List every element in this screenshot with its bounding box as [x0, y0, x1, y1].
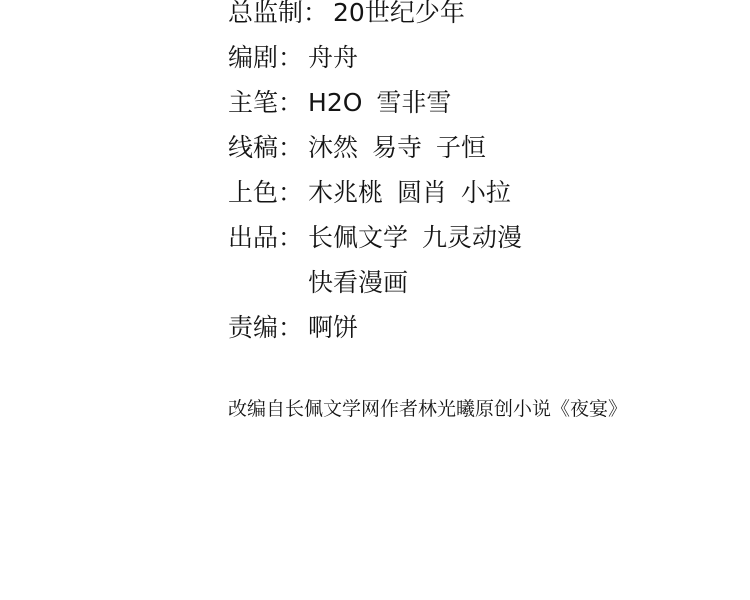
- credit-value: H2O 雪非雪: [308, 80, 451, 125]
- credits-list: 总监制 ： 20世纪少年 编剧 ： 舟舟 主笔 ： H2O 雪非雪 线稿 ： 沐…: [228, 0, 522, 350]
- credit-row-line-art: 线稿 ： 沐然 易寺 子恒: [228, 125, 522, 170]
- credit-colon: ：: [278, 80, 308, 125]
- credit-colon: ：: [278, 215, 308, 260]
- credit-row-publisher-continued: 快看漫画: [228, 260, 522, 305]
- credit-label: 上色: [228, 170, 278, 215]
- credit-colon: ：: [278, 305, 308, 350]
- credit-value: 快看漫画: [308, 260, 408, 305]
- credit-value: 舟舟: [308, 35, 358, 80]
- credit-value: 长佩文学 九灵动漫: [308, 215, 522, 260]
- credit-colon: ：: [303, 0, 333, 35]
- credit-value: 啊饼: [308, 305, 358, 350]
- credit-label: 出品: [228, 215, 278, 260]
- credit-row-publisher: 出品 ： 长佩文学 九灵动漫: [228, 215, 522, 260]
- credit-label: 线稿: [228, 125, 278, 170]
- credit-value: 沐然 易寺 子恒: [308, 125, 486, 170]
- credit-row-screenwriter: 编剧 ： 舟舟: [228, 35, 522, 80]
- credit-row-coloring: 上色 ： 木兆桃 圆肖 小拉: [228, 170, 522, 215]
- credit-value: 20世纪少年: [333, 0, 465, 35]
- source-note: 改编自长佩文学网作者林光曦原创小说《夜宴》: [228, 394, 627, 424]
- credit-colon: ：: [278, 170, 308, 215]
- credit-colon: ：: [278, 35, 308, 80]
- credit-row-editor: 责编 ： 啊饼: [228, 305, 522, 350]
- credit-row-lead-artist: 主笔 ： H2O 雪非雪: [228, 80, 522, 125]
- credit-row-chief-producer: 总监制 ： 20世纪少年: [228, 0, 522, 35]
- credit-colon: ：: [278, 125, 308, 170]
- credit-value: 木兆桃 圆肖 小拉: [308, 170, 511, 215]
- credit-label: 编剧: [228, 35, 278, 80]
- credit-label: 责编: [228, 305, 278, 350]
- credit-label: 总监制: [228, 0, 303, 35]
- credit-label: 主笔: [228, 80, 278, 125]
